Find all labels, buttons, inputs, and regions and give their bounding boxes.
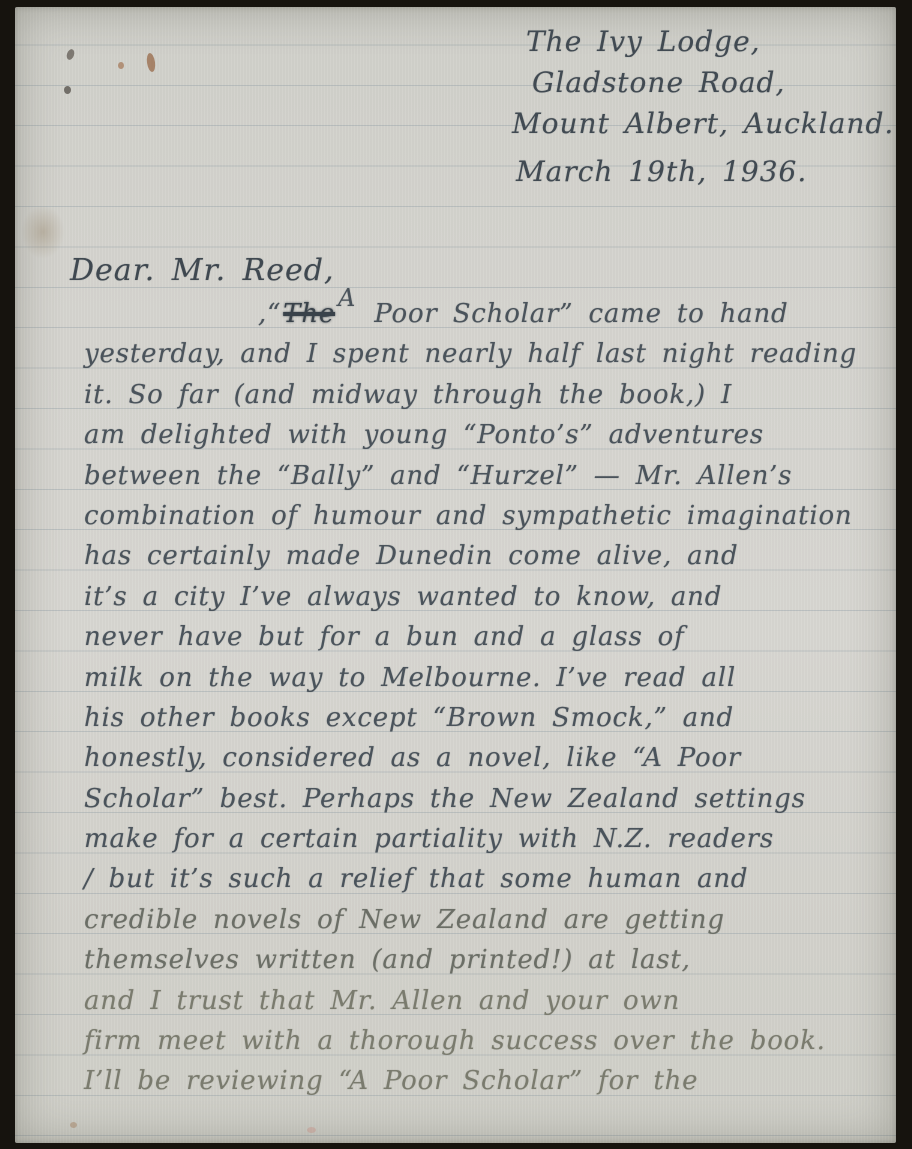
body-line: firm meet with a thorough success over t… — [84, 1021, 884, 1061]
body-line-text: ,“ — [258, 299, 281, 329]
paper-stain — [307, 1127, 316, 1133]
address-line-1: The Ivy Lodge, — [512, 21, 894, 62]
body-line: am delighted with young “Ponto’s” advent… — [84, 415, 884, 455]
body-line: between the “Bally” and “Hurzel” — Mr. A… — [84, 456, 884, 496]
address-line-2: Gladstone Road, — [512, 62, 894, 103]
paper-stain — [146, 53, 157, 73]
body-line: themselves written (and printed!) at las… — [84, 940, 884, 980]
body-line: never have but for a bun and a glass of — [84, 617, 884, 657]
date-line: March 19th, 1936. — [512, 151, 894, 192]
body-line: has certainly made Dunedin come alive, a… — [84, 536, 884, 576]
paper-smudge — [21, 205, 65, 259]
body-line: it’s a city I’ve always wanted to know, … — [84, 577, 884, 617]
body-line: it. So far (and midway through the book,… — [84, 375, 884, 415]
body-line: make for a certain partiality with N.Z. … — [84, 819, 884, 859]
paper-stain — [70, 1122, 77, 1128]
salutation: Dear. Mr. Reed, — [70, 253, 334, 288]
crossed-out-word: The — [283, 299, 335, 329]
paper-stain — [118, 62, 124, 69]
paper-stain — [65, 48, 75, 61]
body-line: milk on the way to Melbourne. I’ve read … — [84, 658, 884, 698]
body-line: yesterday, and I spent nearly half last … — [84, 334, 884, 374]
body-line: Scholar” best. Perhaps the New Zealand s… — [84, 779, 884, 819]
body-line: honestly, considered as a novel, like “A… — [84, 738, 884, 778]
photo-background: The Ivy Lodge, Gladstone Road, Mount Alb… — [0, 0, 912, 1149]
letter-header: The Ivy Lodge, Gladstone Road, Mount Alb… — [512, 21, 894, 192]
paper-stain — [64, 86, 71, 94]
letter-body: ,“TheA Poor Scholar” came to hand yester… — [84, 294, 884, 1102]
body-line: his other books except “Brown Smock,” an… — [84, 698, 884, 738]
body-line: and I trust that Mr. Allen and your own — [84, 981, 884, 1021]
body-line: ,“TheA Poor Scholar” came to hand — [84, 294, 884, 334]
body-line: / but it’s such a relief that some human… — [84, 859, 884, 899]
body-line: I’ll be reviewing “A Poor Scholar” for t… — [84, 1061, 884, 1101]
body-line-text: Poor Scholar” came to hand — [359, 299, 788, 329]
body-line: credible novels of New Zealand are getti… — [84, 900, 884, 940]
inserted-word: A — [338, 278, 356, 318]
body-line: combination of humour and sympathetic im… — [84, 496, 884, 536]
letter-page: The Ivy Lodge, Gladstone Road, Mount Alb… — [15, 7, 896, 1143]
address-line-3: Mount Albert, Auckland. — [512, 103, 894, 144]
